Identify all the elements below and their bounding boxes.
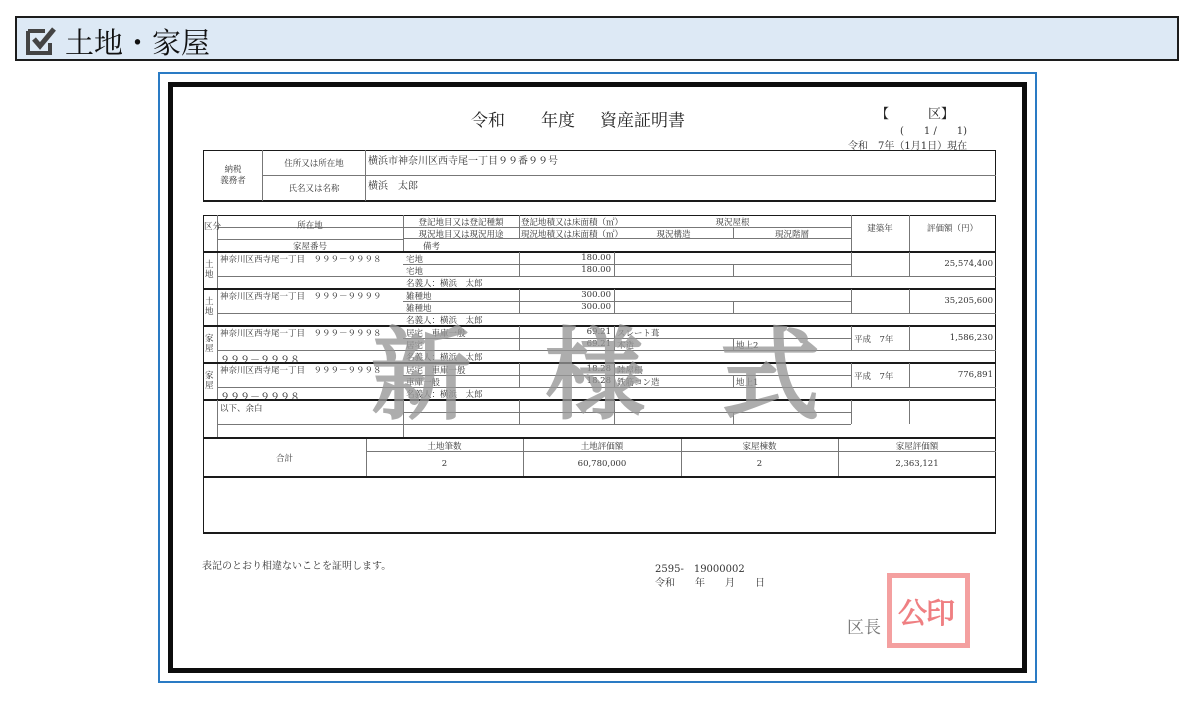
table-rule <box>203 532 996 534</box>
row-registered-use: 宅地 <box>406 253 423 265</box>
table-rule <box>614 252 615 276</box>
watermark-char-2: 様 <box>545 295 645 439</box>
watermark-char-3: 式 <box>720 295 820 439</box>
header-floors: 現況階層 <box>733 228 851 240</box>
header-registered-area: 登記地積又は床面積（㎡） <box>521 216 623 228</box>
table-rule <box>851 387 996 388</box>
header-structure: 現況構造 <box>614 228 733 240</box>
address-value: 横浜市神奈川区西寺尾一丁目９９番９９号 <box>368 152 558 167</box>
totals-house-count: 2 <box>681 459 838 469</box>
name-label: 氏名又は名称 <box>263 182 365 194</box>
totals-land-value-label: 土地評価額 <box>523 440 681 452</box>
row-owner: 名義人：横浜 太郎 <box>406 277 483 289</box>
section-header: 土地・家屋 <box>15 16 1179 61</box>
table-rule <box>519 215 520 238</box>
table-rule <box>851 363 852 387</box>
table-rule <box>403 264 851 265</box>
header-current-area: 現況地積又は床面積（㎡） <box>521 228 623 240</box>
row-category: 土地 <box>205 260 215 280</box>
row-built-year: 平成 7年 <box>854 333 893 345</box>
row-house-number: ９９９－９９９８ <box>220 388 300 403</box>
table-rule <box>851 289 852 313</box>
title-era: 令和 <box>471 106 505 131</box>
table-rule <box>519 400 520 424</box>
name-value: 横浜 太郎 <box>368 177 418 192</box>
header-category: 区分 <box>204 220 218 232</box>
table-rule <box>733 264 734 276</box>
table-rule <box>909 400 910 424</box>
table-rule <box>203 150 996 151</box>
table-rule <box>203 200 996 202</box>
row-registered-area: 180.00 <box>519 253 611 263</box>
row-assessed-value: 25,574,400 <box>909 259 993 269</box>
totals-house-value: 2,363,121 <box>838 459 996 469</box>
row-category: 土地 <box>205 297 215 317</box>
header-built-year: 建築年 <box>851 222 909 234</box>
issue-date: 令和 年 月 日 <box>655 574 765 589</box>
row-location: 神奈川区西寺尾一丁目 ９９９－９９９８ <box>220 364 382 376</box>
totals-house-value-label: 家屋評価額 <box>838 440 996 452</box>
table-rule <box>203 476 204 533</box>
table-rule <box>851 326 852 350</box>
totals-land-count-label: 土地筆数 <box>366 440 523 452</box>
row-current-area: 180.00 <box>519 265 611 275</box>
taxpayer-label-2: 義務者 <box>204 174 262 186</box>
official-seal: 公印 <box>887 573 970 648</box>
end-marker: 以下、余白 <box>220 402 263 414</box>
totals-land-value: 60,780,000 <box>523 459 681 469</box>
certification-text: 表記のとおり相違ないことを証明します。 <box>202 557 391 572</box>
address-label: 住所又は所在地 <box>263 157 365 169</box>
page-indicator: ( 1 / 1) <box>900 122 967 137</box>
header-remarks: 備考 <box>423 240 440 252</box>
issuer-title: 区長 <box>847 613 881 638</box>
header-registered-use: 登記地目又は登記種類 <box>403 216 519 228</box>
row-location: 神奈川区西寺尾一丁目 ９９９－９９９８ <box>220 327 382 339</box>
header-current-use: 現況地目又は現況用途 <box>403 228 519 240</box>
row-category: 家屋 <box>205 334 215 354</box>
watermark-char-1: 新 <box>371 295 471 439</box>
header-house-number: 家屋番号 <box>217 240 403 252</box>
table-rule <box>995 476 996 533</box>
table-rule <box>217 276 403 277</box>
table-rule <box>262 175 996 176</box>
row-category: 家屋 <box>205 371 215 391</box>
table-rule <box>217 400 218 437</box>
document-title: 資産証明書 <box>600 106 685 131</box>
table-rule <box>851 252 852 276</box>
table-rule <box>851 313 996 314</box>
ward-bracket: 【 区】 <box>876 103 954 122</box>
totals-land-count: 2 <box>366 459 523 469</box>
table-rule <box>851 276 996 277</box>
row-built-year: 平成 7年 <box>854 370 893 382</box>
table-rule <box>203 476 996 478</box>
header-roof: 現況屋根 <box>614 216 851 228</box>
row-current-use: 宅地 <box>406 265 423 277</box>
row-location: 神奈川区西寺尾一丁目 ９９９－９９９８ <box>220 253 382 265</box>
table-rule <box>851 400 852 424</box>
row-location: 神奈川区西寺尾一丁目 ９９９－９９９９ <box>220 290 382 302</box>
totals-label: 合計 <box>203 452 366 464</box>
row-assessed-value: 1,586,230 <box>909 333 993 343</box>
checkbox-checked-icon <box>25 24 57 56</box>
totals-house-count-label: 家屋棟数 <box>681 440 838 452</box>
row-assessed-value: 776,891 <box>909 370 993 380</box>
document-number: 2595- 19000002 <box>655 560 745 575</box>
title-year: 年度 <box>541 106 575 131</box>
row-assessed-value: 35,205,600 <box>909 296 993 306</box>
seal-text: 公印 <box>898 591 954 632</box>
header-assessed-value: 評価額（円） <box>909 222 996 234</box>
section-title: 土地・家屋 <box>65 21 210 62</box>
header-location: 所在地 <box>217 219 403 231</box>
table-rule <box>851 350 996 351</box>
